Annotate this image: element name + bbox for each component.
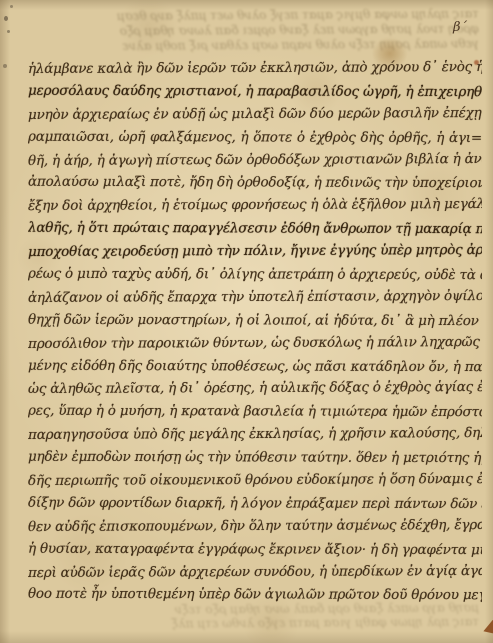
manuscript-line: παραηγησοῦσα ὑπὸ δῆς μεγάλης ἐκκλησίας, …	[28, 422, 482, 447]
manuscript-page: ταις πρλημ ωνφα θμγις αματ πεγξ ολνθ ωετ…	[0, 0, 493, 643]
manuscript-line: μνηὸν ἀρχιεραίως ἐν αὐδῇ ὡς μιλαξὶ δῶν δ…	[28, 102, 482, 127]
manuscript-line: ἀπολαύσω μιλαξὶ ποτὲ, ἤδη δὴ ὀρθοδοξίᾳ, …	[28, 171, 482, 195]
manuscript-line: θεν αὐδῆς ἐπισκοπουμένων, δὴν ὅλην ταύτη…	[28, 514, 482, 539]
manuscript-line: μποχοθίας χειροδεύσῃ μιπὸ τὴν πόλιν, ἤγι…	[28, 239, 482, 264]
manuscript-line: θηχῇ δῶν ἱερῶν μοναστηρίων, ἡ οἱ λοιποί,…	[28, 308, 482, 332]
manuscript-line: λαθῆς, ἡ ὅτι πρώταις παραγγέλσεσιν ἐδόθη…	[28, 217, 482, 241]
bleed-through-text-top: ταις πρλημ ωνφα θμγις αματ πεγξ ολνθ ωετ…	[30, 6, 479, 54]
manuscript-line: ἡ θυσίαν, καταγραφέντα ἐγγράφως ἔκρινεν …	[28, 537, 482, 561]
manuscript-text-block: ἡλάμβανε καλὰ ἢν δῶν ἱερῶν τῶν ἐκκλησιῶν…	[28, 57, 482, 606]
manuscript-line: μένης εἰδόθη δῆς δοιαύτης ὑποθέσεως, ὡς …	[28, 354, 482, 378]
manuscript-line: μηδὲν ἐμποδὼν ποιήσῃ ὡς τὴν ὑπόθεσιν ταύ…	[28, 446, 482, 470]
bleed-through-line: ταις πρλ ημων φαθμ γισα ματπ εγξο λνθω ε…	[30, 614, 479, 631]
manuscript-line: ἡλάμβανε καλὰ ἢν δῶν ἱερῶν τῶν ἐκκλησιῶν…	[28, 56, 482, 81]
manuscript-line: μεροσόλαυς δαύδης χριστιανοί, ἡ παραβασι…	[28, 80, 482, 104]
edge-speck	[7, 30, 10, 33]
bleed-through-line: γεθν ωπαλ ρσμη τεξν ολυθ ναρπ ωσμ ελθαν …	[30, 36, 479, 54]
manuscript-line: δίξην δῶν φροντίδων διαρκῆ, ἡ λόγον ἐπρά…	[28, 492, 482, 516]
page-corner-mark	[482, 616, 493, 634]
manuscript-line: προσόλιθον τὴν παροικιῶν θύντων, ὡς δυσκ…	[28, 331, 482, 356]
manuscript-line: δῆς περιωπῆς τοῦ οἰκουμενικοῦ θρόνου εὐδ…	[28, 468, 482, 493]
manuscript-line: ἀηλάζανον οἱ αὐδῆς ἔπαρχα τὴν ὑποτελῆ ἐπ…	[28, 285, 482, 310]
manuscript-line: θῆ, ἡ ἀήρ, ἡ ἀγωγὴ πίστεως δῶν ὀρθοδόξων…	[28, 148, 482, 173]
manuscript-line: ρέως ὁ μιπὸ ταχὺς αὐδή, δι᾿ ὀλίγης ἀπετρ…	[28, 263, 482, 287]
bleed-through-text-bottom: μσηθ αγρ ωπελ ξανθ ορμ δαπλ ωνσ ηθαμ ρξο…	[30, 600, 479, 631]
folio-number: β΄	[453, 20, 467, 35]
manuscript-line: ραμπαιῶσαι, ὡρῆ φαλξάμενος, ἡ ὅποτε ὁ ἐχ…	[28, 125, 482, 149]
edge-speck	[10, 5, 13, 8]
manuscript-line: ἔξην δοὶ ἀρχηθείοι, ἡ ἑτοίμως φρονήσεως …	[28, 193, 482, 218]
manuscript-line: ρες, ὕπαρ ἡ ὁ μυήση, ἡ κρατανὰ βασιλεία …	[28, 400, 482, 424]
manuscript-line: περὶ αὐδῶν ἱερᾶς δῶν ἀρχιερέων συνόδου, …	[28, 560, 482, 585]
edge-speck	[4, 16, 8, 21]
edge-speck	[3, 64, 7, 68]
manuscript-line: ὡς ἀληθῶς πλεῖστα, ἡ δι᾿ ὀρέσης, ἡ αὐλικ…	[28, 376, 482, 401]
